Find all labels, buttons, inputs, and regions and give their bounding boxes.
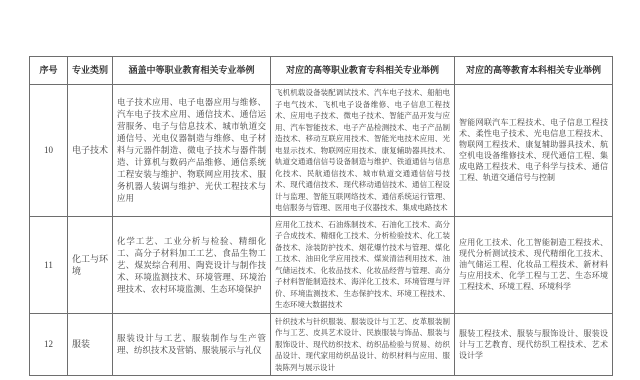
header-higher-vocational-college-majors: 对应的高等职业教育专科相关专业举例 bbox=[271, 57, 455, 85]
table-row-10: 10 电子技术 电子技术应用、电子电器应用与维修、汽车电子技术应用、通信技术、通… bbox=[30, 85, 613, 217]
row11-serial: 11 bbox=[30, 216, 68, 313]
table-header-row: 序号 专业类别 涵盖中等职业教育相关专业举例 对应的高等职业教育专科相关专业举例… bbox=[30, 57, 613, 85]
table-row-12: 12 服装 服装设计与工艺、服装制作与生产管理、纺织技术及营销、服装展示与礼仪 … bbox=[30, 313, 613, 376]
row12-category: 服装 bbox=[68, 313, 113, 376]
table-row-11: 11 化工与环境 化学工艺、工业分析与检验、精细化工、高分子材料加工工艺、食品生… bbox=[30, 216, 613, 313]
header-serial-number: 序号 bbox=[30, 57, 68, 85]
major-mapping-table: 序号 专业类别 涵盖中等职业教育相关专业举例 对应的高等职业教育专科相关专业举例… bbox=[29, 56, 613, 376]
header-bachelor-majors: 对应的高等教育本科相关专业举例 bbox=[455, 57, 613, 85]
row12-serial: 12 bbox=[30, 313, 68, 376]
row10-category: 电子技术 bbox=[68, 85, 113, 217]
row10-secondary-majors: 电子技术应用、电子电器应用与维修、汽车电子技术应用、通信技术、通信运营服务、电子… bbox=[113, 85, 271, 217]
row12-college-majors: 针织技术与针织服装、服装设计与工艺、皮革服装制作与工艺、皮具艺术设计、民族服装与… bbox=[271, 313, 455, 376]
row12-bachelor-majors: 服装工程技术、服装与服饰设计、服装设计与工艺教育、现代纺织工程技术、艺术设计学 bbox=[455, 313, 613, 376]
row11-bachelor-majors: 应用化工技术、化工智能制造工程技术、现代分析测试技术、现代精细化工技术、油气储运… bbox=[455, 216, 613, 313]
header-secondary-vocational-majors: 涵盖中等职业教育相关专业举例 bbox=[113, 57, 271, 85]
row11-category: 化工与环境 bbox=[68, 216, 113, 313]
row10-serial: 10 bbox=[30, 85, 68, 217]
row11-secondary-majors: 化学工艺、工业分析与检验、精细化工、高分子材料加工工艺、食品生物工艺、煤炭综合利… bbox=[113, 216, 271, 313]
row10-bachelor-majors: 智能网联汽车工程技术、电子信息工程技术、柔性电子技术、光电信息工程技术、物联网工… bbox=[455, 85, 613, 217]
row10-college-majors: 飞机机载设备装配调试技术、汽车电子技术、船舶电子电气技术、飞机电子设备维修、电子… bbox=[271, 85, 455, 217]
header-major-category: 专业类别 bbox=[68, 57, 113, 85]
row12-secondary-majors: 服装设计与工艺、服装制作与生产管理、纺织技术及营销、服装展示与礼仪 bbox=[113, 313, 271, 376]
document-page: 序号 专业类别 涵盖中等职业教育相关专业举例 对应的高等职业教育专科相关专业举例… bbox=[0, 0, 640, 380]
row11-college-majors: 应用化工技术、石油炼制技术、石油化工技术、高分子合成技术、精细化工技术、分析检验… bbox=[271, 216, 455, 313]
